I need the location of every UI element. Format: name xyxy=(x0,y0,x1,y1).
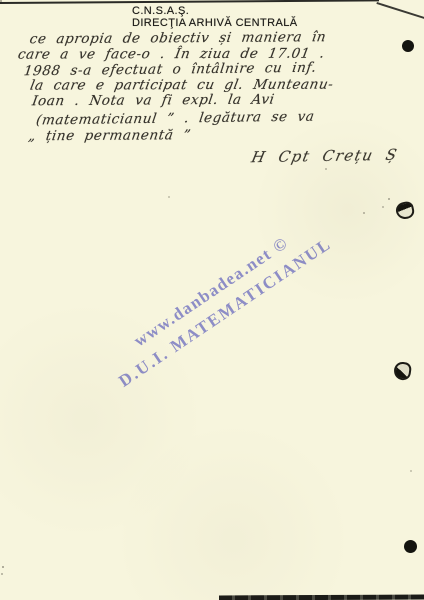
scan-edge-band-bottom xyxy=(219,595,424,600)
ink-blot-mark-lower xyxy=(393,361,412,381)
scan-edge-line-top xyxy=(0,0,379,4)
scanned-document-page: C.N.S.A.Ş. DIRECŢIA ARHIVĂ CENTRALĂ ce a… xyxy=(0,0,424,600)
watermark-label: D.U.I. MATEMATICIANUL xyxy=(94,218,357,406)
ink-blot-mark-upper xyxy=(394,200,415,220)
scan-noise-speckles xyxy=(0,0,2,2)
handwritten-line: Ioan . Nota va fi expl. la Avi xyxy=(15,92,409,110)
header-org-title: C.N.S.A.Ş. xyxy=(132,6,297,18)
handwritten-line: „ ține permanentă ” xyxy=(15,126,409,144)
watermark-url: www.danbadea.net © xyxy=(80,197,343,385)
watermark: www.danbadea.net © D.U.I. MATEMATICIANUL xyxy=(80,197,357,406)
header-dept-title: DIRECŢIA ARHIVĂ CENTRALĂ xyxy=(132,18,297,30)
hole-punch-dot-bottom xyxy=(404,540,417,553)
handwritten-signature: H Cpt Crețu Ș xyxy=(250,146,400,167)
handwritten-note: ce apropia de obiectiv și maniera în car… xyxy=(16,30,409,145)
hole-punch-dot-top xyxy=(402,40,414,52)
scan-edge-line-corner xyxy=(377,2,424,19)
document-header: C.N.S.A.Ş. DIRECŢIA ARHIVĂ CENTRALĂ xyxy=(132,6,297,29)
